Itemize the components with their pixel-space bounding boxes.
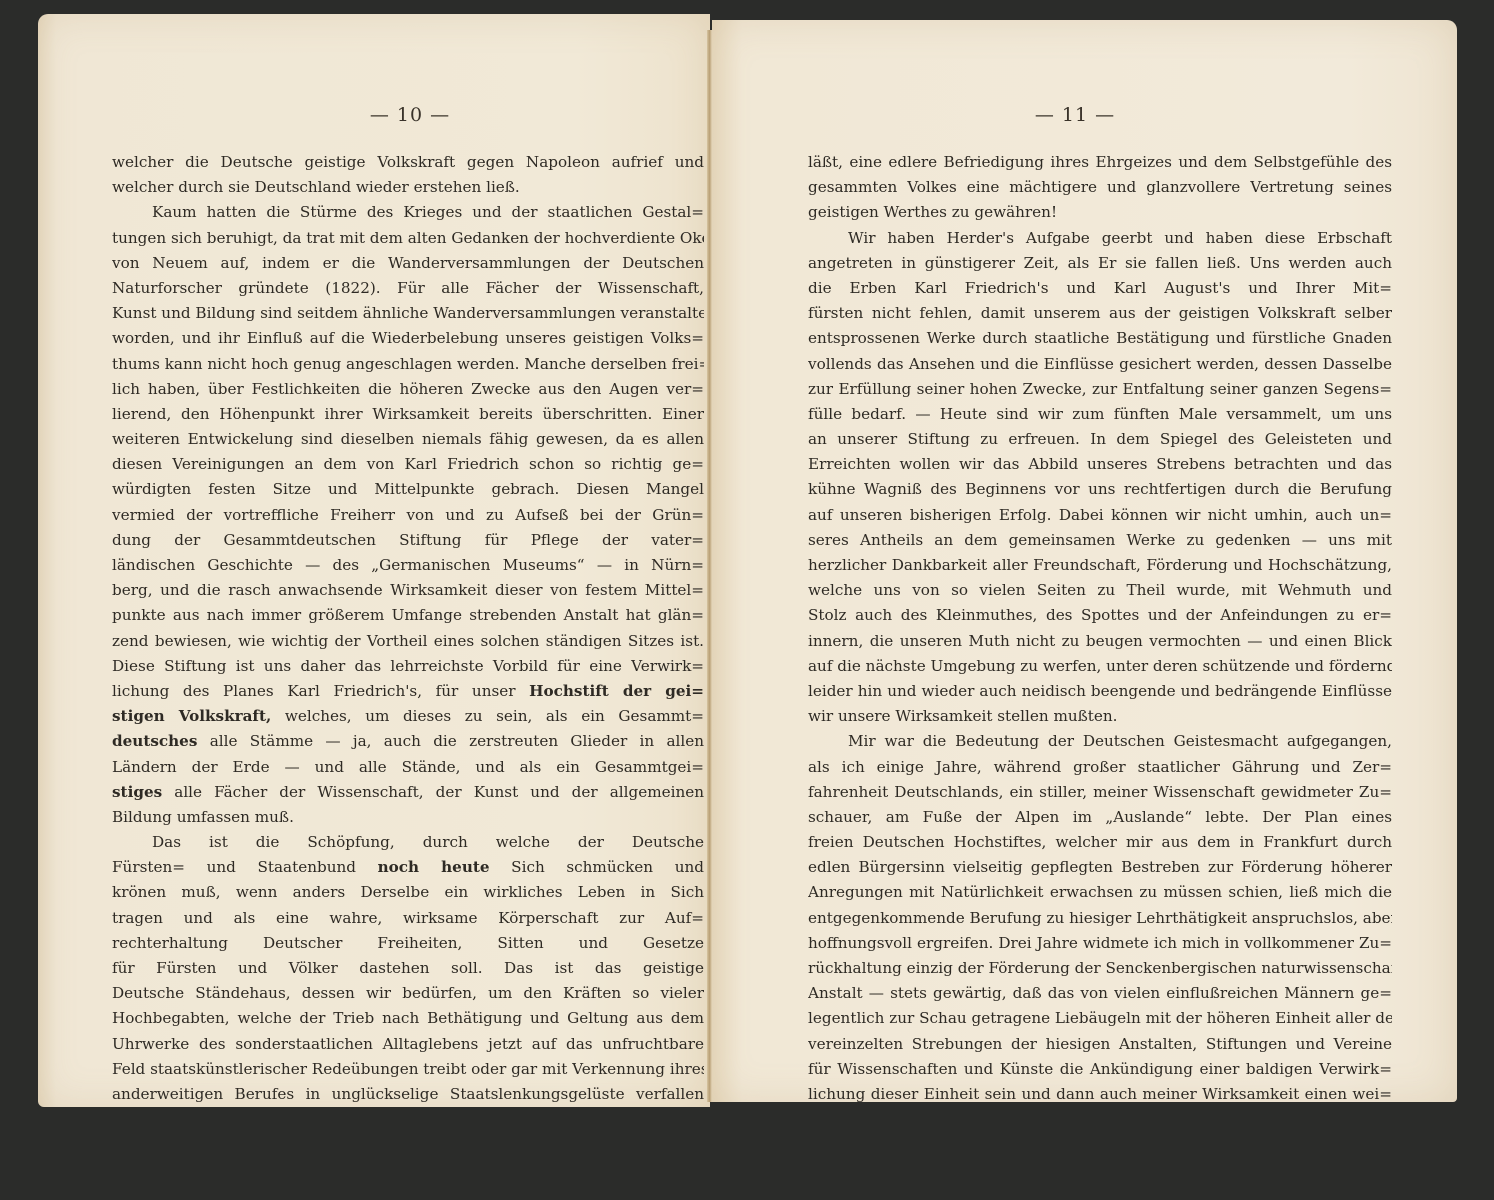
text-line: tungen sich beruhigt, da trat mit dem al… xyxy=(112,226,704,251)
page-number-right: — 11 — xyxy=(975,104,1175,126)
text-line: herzlicher Dankbarkeit aller Freundschaf… xyxy=(808,553,1392,578)
bold-emphasis: stigen Volkskraft, xyxy=(112,707,271,725)
text-line: Bildung umfassen muß. xyxy=(112,805,704,830)
text-line: Feld staatskünstlerischer Redeübungen tr… xyxy=(112,1057,704,1082)
text-line: welcher die Deutsche geistige Volkskraft… xyxy=(112,150,704,175)
page-number-left: — 10 — xyxy=(310,104,510,126)
text-line: von Neuem auf, indem er die Wanderversam… xyxy=(112,251,704,276)
text-line: Wir haben Herder's Aufgabe geerbt und ha… xyxy=(808,226,1392,251)
text-line: anderweitigen Berufes in unglückselige S… xyxy=(112,1082,704,1107)
text-line: berg, und die rasch anwachsende Wirksamk… xyxy=(112,578,704,603)
text-line: vereinzelten Strebungen der hiesigen Ans… xyxy=(808,1032,1392,1057)
text-line: seres Antheils an dem gemeinsamen Werke … xyxy=(808,528,1392,553)
text-line: innern, die unseren Muth nicht zu beugen… xyxy=(808,629,1392,654)
text-line: punkte aus nach immer größerem Umfange s… xyxy=(112,603,704,628)
text-line: die Erben Karl Friedrich's und Karl Augu… xyxy=(808,276,1392,301)
text-line: Das ist die Schöpfung, durch welche der … xyxy=(112,830,704,855)
text-line: zend bewiesen, wie wichtig der Vortheil … xyxy=(112,629,704,654)
left-page-text: welcher die Deutsche geistige Volkskraft… xyxy=(112,150,704,1107)
text-line: krönen muß, wenn anders Derselbe ein wir… xyxy=(112,880,704,905)
text-line: diesen Vereinigungen an dem von Karl Fri… xyxy=(112,452,704,477)
text-line: rückhaltung einzig der Förderung der Sen… xyxy=(808,956,1392,981)
text-segment: Sich schmücken und xyxy=(490,858,704,876)
text-line: legentlich zur Schau getragene Liebäugel… xyxy=(808,1006,1392,1031)
text-line: fülle bedarf. — Heute sind wir zum fünft… xyxy=(808,402,1392,427)
text-line: wir unsere Wirksamkeit stellen mußten. xyxy=(808,704,1392,729)
text-line: dung der Gesammtdeutschen Stiftung für P… xyxy=(112,528,704,553)
text-line: weiteren Entwickelung sind dieselben nie… xyxy=(112,427,704,452)
text-line: rechterhaltung Deutscher Freiheiten, Sit… xyxy=(112,931,704,956)
text-line: entgegenkommende Berufung zu hiesiger Le… xyxy=(808,906,1392,931)
text-line: Naturforscher gründete (1822). Für alle … xyxy=(112,276,704,301)
text-line: würdigten festen Sitze und Mittelpunkte … xyxy=(112,477,704,502)
text-line: gesammten Volkes eine mächtigere und gla… xyxy=(808,175,1392,200)
text-line: Kaum hatten die Stürme des Krieges und d… xyxy=(112,200,704,225)
text-line: ländischen Geschichte — des „Germanische… xyxy=(112,553,704,578)
text-line: stiges alle Fächer der Wissenschaft, der… xyxy=(112,780,704,805)
text-line: lichung dieser Einheit sein und dann auc… xyxy=(808,1082,1392,1107)
text-line: fahrenheit Deutschlands, ein stiller, me… xyxy=(808,780,1392,805)
text-line: lierend, den Höhenpunkt ihrer Wirksamkei… xyxy=(112,402,704,427)
text-line: edlen Bürgersinn vielseitig gepflegten B… xyxy=(808,855,1392,880)
text-segment: welches, um dieses zu sein, als ein Gesa… xyxy=(271,707,704,725)
text-line: für Wissenschaften und Künste die Ankünd… xyxy=(808,1057,1392,1082)
text-line: hoffnungsvoll ergreifen. Drei Jahre widm… xyxy=(808,931,1392,956)
text-line: welche uns von so vielen Seiten zu Theil… xyxy=(808,578,1392,603)
text-line: kühne Wagniß des Beginnens vor uns recht… xyxy=(808,477,1392,502)
text-line: angetreten in günstigerer Zeit, als Er s… xyxy=(808,251,1392,276)
bold-emphasis: stiges xyxy=(112,783,162,801)
text-line: vollends das Ansehen und die Einflüsse g… xyxy=(808,352,1392,377)
bold-emphasis: Hochstift der gei= xyxy=(529,682,704,700)
text-line: freien Deutschen Hochstiftes, welcher mi… xyxy=(808,830,1392,855)
bold-emphasis: noch heute xyxy=(378,858,490,876)
text-segment: alle Fächer der Wissenschaft, der Kunst … xyxy=(162,783,704,801)
book-gutter xyxy=(707,30,712,1102)
text-line: deutsches alle Stämme — ja, auch die zer… xyxy=(112,729,704,754)
text-line: fürsten nicht fehlen, damit unserem aus … xyxy=(808,301,1392,326)
text-line: Kunst und Bildung sind seitdem ähnliche … xyxy=(112,301,704,326)
text-line: Hochbegabten, welche der Trieb nach Beth… xyxy=(112,1006,704,1031)
bold-emphasis: deutsches xyxy=(112,732,197,750)
text-line: Fürsten= und Staatenbund noch heute Sich… xyxy=(112,855,704,880)
text-line: als ich einige Jahre, während großer sta… xyxy=(808,755,1392,780)
text-line: lichung des Planes Karl Friedrich's, für… xyxy=(112,679,704,704)
text-line: Diese Stiftung ist uns daher das lehrrei… xyxy=(112,654,704,679)
text-line: auf die nächste Umgebung zu werfen, unte… xyxy=(808,654,1392,679)
text-line: Ländern der Erde — und alle Stände, und … xyxy=(112,755,704,780)
text-line: tragen und als eine wahre, wirksame Körp… xyxy=(112,906,704,931)
text-line: stigen Volkskraft, welches, um dieses zu… xyxy=(112,704,704,729)
text-line: welcher durch sie Deutschland wieder ers… xyxy=(112,175,704,200)
text-line: schauer, am Fuße der Alpen im „Auslande“… xyxy=(808,805,1392,830)
text-line: vermied der vortreffliche Freiherr von u… xyxy=(112,503,704,528)
text-line: läßt, eine edlere Befriedigung ihres Ehr… xyxy=(808,150,1392,175)
text-line: für Fürsten und Völker dastehen soll. Da… xyxy=(112,956,704,981)
text-line: zur Erfüllung seiner hohen Zwecke, zur E… xyxy=(808,377,1392,402)
text-line: auf unseren bisherigen Erfolg. Dabei kön… xyxy=(808,503,1392,528)
text-line: Anregungen mit Natürlichkeit erwachsen z… xyxy=(808,880,1392,905)
text-line: leider hin und wieder auch neidisch been… xyxy=(808,679,1392,704)
text-line: Anstalt — stets gewärtig, daß das von vi… xyxy=(808,981,1392,1006)
text-segment: alle Stämme — ja, auch die zerstreuten G… xyxy=(197,732,704,750)
text-line: entsprossenen Werke durch staatliche Bes… xyxy=(808,326,1392,351)
right-page-text: läßt, eine edlere Befriedigung ihres Ehr… xyxy=(808,150,1392,1107)
text-line: Erreichten wollen wir das Abbild unseres… xyxy=(808,452,1392,477)
text-line: Mir war die Bedeutung der Deutschen Geis… xyxy=(808,729,1392,754)
text-line: Deutsche Ständehaus, dessen wir bedürfen… xyxy=(112,981,704,1006)
text-segment: lichung des Planes Karl Friedrich's, für… xyxy=(112,682,529,700)
text-line: thums kann nicht hoch genug angeschlagen… xyxy=(112,352,704,377)
text-line: geistigen Werthes zu gewähren! xyxy=(808,200,1392,225)
text-line: Stolz auch des Kleinmuthes, des Spottes … xyxy=(808,603,1392,628)
text-line: an unserer Stiftung zu erfreuen. In dem … xyxy=(808,427,1392,452)
text-line: worden, und ihr Einfluß auf die Wiederbe… xyxy=(112,326,704,351)
text-segment: Fürsten= und Staatenbund xyxy=(112,858,378,876)
text-line: lich haben, über Festlichkeiten die höhe… xyxy=(112,377,704,402)
text-line: Uhrwerke des sonderstaatlichen Alltagleb… xyxy=(112,1032,704,1057)
